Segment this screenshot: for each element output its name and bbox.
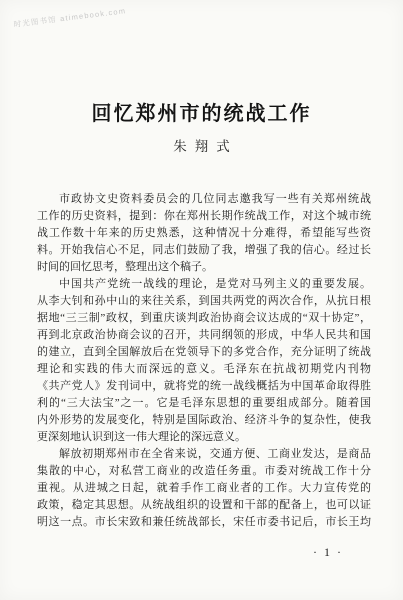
page-title: 回忆郑州市的统战工作 bbox=[0, 97, 403, 126]
text-line: 《共产党人》发刊词中，就将党的统一战线概括为中国革命取得胜 bbox=[37, 378, 371, 395]
author-name: 朱翔式 bbox=[0, 135, 403, 155]
text-line: 市政协文史资料委员会的几位同志邀我写一些有关郑州统战 bbox=[37, 191, 371, 208]
text-line: 料。开始我信心不足，同志们鼓励了我，增强了我的信心。经过长 bbox=[37, 242, 371, 259]
text-line: 据地“三三制”政权，到重庆谈判政治协商会议达成的“双十协定”， bbox=[37, 310, 371, 327]
text-line: 利的“三大法宝”之一。它是毛泽东思想的重要组成部分。随着国 bbox=[37, 395, 371, 412]
text-line: 解放初期郑州市在全省来说，交通方便、工商业发达，是商品 bbox=[37, 446, 371, 463]
paragraph: 解放初期郑州市在全省来说，交通方便、工商业发达，是商品集散的中心，对私营工商业的… bbox=[37, 446, 371, 531]
page-number: · 1 · bbox=[313, 545, 343, 560]
text-line: 内外形势的发展变化，特别是国际政治、经济斗争的复杂性，使我 bbox=[37, 412, 371, 429]
text-line: 从李大钊和孙中山的来往关系，到国共两党的两次合作，从抗日根 bbox=[37, 293, 371, 310]
paragraph: 市政协文史资料委员会的几位同志邀我写一些有关郑州统战工作的历史资料，提到：你在郑… bbox=[37, 191, 371, 276]
text-line: 政策，稳定其思想。从统战组织的设置和干部的配备上，也可以证 bbox=[37, 497, 371, 514]
paragraph: 中国共产党统一战线的理论，是党对马列主义的重要发展。从李大钊和孙中山的来往关系，… bbox=[37, 276, 371, 446]
scanned-book-page: 时光图书馆 atimebook.com 回忆郑州市的统战工作 朱翔式 市政协文史… bbox=[0, 0, 403, 600]
library-watermark: 时光图书馆 atimebook.com bbox=[13, 5, 127, 30]
text-line: 更深刻地认识到这一伟大理论的深远意义。 bbox=[37, 429, 371, 446]
text-line: 再到北京政治协商会议的召开，共同纲领的形成，中华人民共和国 bbox=[37, 327, 371, 344]
body-text: 市政协文史资料委员会的几位同志邀我写一些有关郑州统战工作的历史资料，提到：你在郑… bbox=[37, 191, 371, 531]
text-line: 的建立，直到全国解放后在党领导下的多党合作，充分证明了统战 bbox=[37, 344, 371, 361]
text-line: 明这一点。市长宋致和兼任统战部长，宋任市委书记后，市长王均 bbox=[37, 514, 371, 531]
text-line: 集散的中心，对私营工商业的改造任务重。市委对统战工作十分 bbox=[37, 463, 371, 480]
text-line: 战工作数十年来的历史熟悉，这种情况十分难得，希望能写些资 bbox=[37, 225, 371, 242]
text-line: 重视。从进城之日起，就着手作工商业者的工作。大力宣传党的 bbox=[37, 480, 371, 497]
text-line: 时间的回忆思考，整理出这个稿子。 bbox=[37, 259, 371, 276]
text-line: 中国共产党统一战线的理论，是党对马列主义的重要发展。 bbox=[37, 276, 371, 293]
text-line: 工作的历史资料，提到：你在郑州长期作统战工作，对这个城市统 bbox=[37, 208, 371, 225]
text-line: 理论和实践的伟大而深远的意义。毛泽东在抗战初期党内刊物 bbox=[37, 361, 371, 378]
